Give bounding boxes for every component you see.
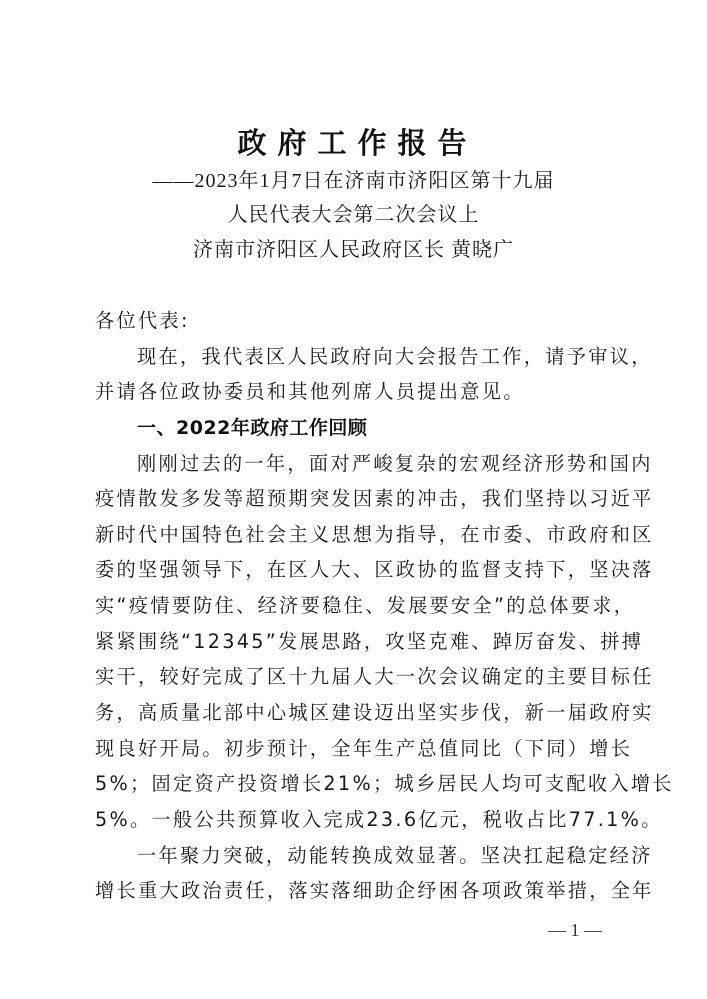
paragraph-line: 增长重大政治责任，落实落细助企纾困各项政策举措，全年: [95, 877, 615, 905]
paragraph-line: 一年聚力突破，动能转换成效显著。坚决扛起稳定经济: [137, 842, 657, 870]
paragraph-line: 务，高质量北部中心城区建设迈出坚实步伐，新一届政府实: [95, 699, 615, 727]
paragraph-line: 5%。一般公共预算收入完成23.6亿元，税收占比77.1%。: [95, 806, 615, 834]
subtitle-meeting-date: ——2023年1月7日在济南市济阳区第十九届: [0, 167, 707, 195]
intro-line: 现在，我代表区人民政府向大会报告工作，请予审议，: [137, 343, 657, 371]
intro-line: 并请各位政协委员和其他列席人员提出意见。: [95, 378, 615, 406]
paragraph-line: 现良好开局。初步预计，全年生产总值同比（下同）增长: [95, 735, 615, 763]
paragraph-line: 新时代中国特色社会主义思想为指导，在市委、市政府和区: [95, 521, 615, 549]
salutation: 各位代表:: [95, 307, 615, 335]
page-number: — 1 —: [540, 916, 610, 944]
paragraph-line: 实干，较好完成了区十九届人大一次会议确定的主要目标任: [95, 663, 615, 691]
document-page: 政府工作报告 ——2023年1月7日在济南市济阳区第十九届 人民代表大会第二次会…: [0, 0, 707, 999]
paragraph-line: 实“疫情要防住、经济要稳住、发展要安全”的总体要求，: [95, 592, 615, 620]
paragraph-line: 委的坚强领导下，在区人大、区政协的监督支持下，坚决落: [95, 556, 615, 584]
paragraph-line: 紧紧围绕“12345”发展思路，攻坚克难、踔厉奋发、拼搏: [95, 628, 615, 656]
section-heading: 一、2022年政府工作回顾: [137, 414, 367, 442]
document-title: 政府工作报告: [0, 124, 707, 162]
paragraph-line: 刚刚过去的一年，面对严峻复杂的宏观经济形势和国内: [137, 450, 657, 478]
paragraph-line: 疫情散发多发等超预期突发因素的冲击，我们坚持以习近平: [95, 485, 615, 513]
paragraph-line: 5%；固定资产投资增长21%；城乡居民人均可支配收入增长: [95, 770, 615, 798]
subtitle-speaker: 济南市济阳区人民政府区长 黄晓广: [0, 236, 707, 264]
subtitle-meeting-name: 人民代表大会第二次会议上: [0, 201, 707, 229]
